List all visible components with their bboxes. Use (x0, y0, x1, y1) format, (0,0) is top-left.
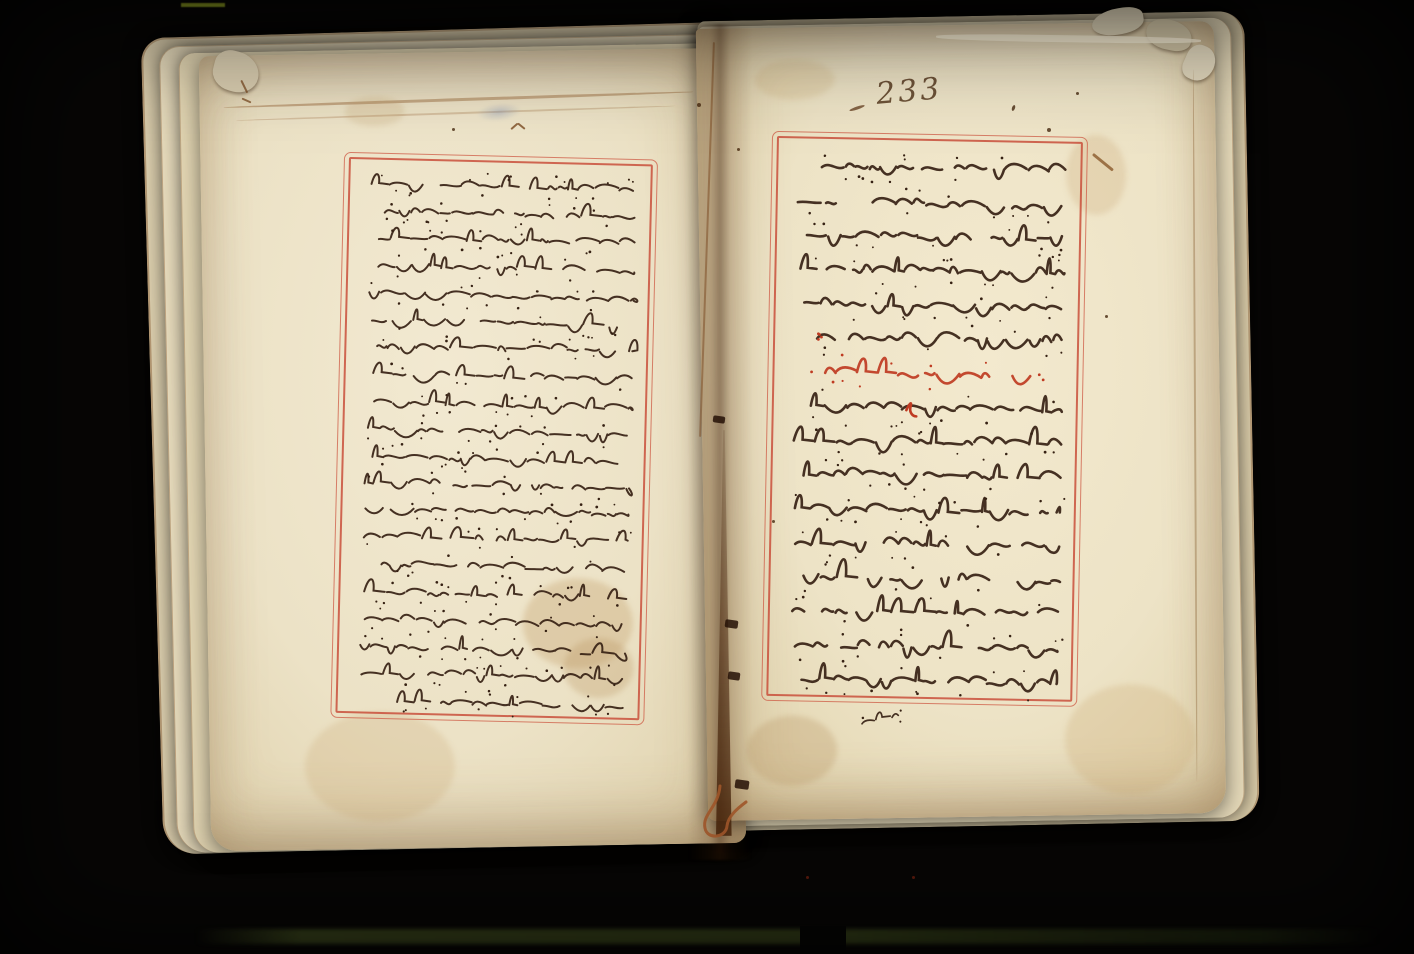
dust-speck (806, 876, 809, 879)
pen-flourish (849, 104, 865, 112)
stain (304, 710, 456, 822)
ink-speck (1076, 92, 1079, 95)
left-text-frame (335, 157, 652, 720)
stain (754, 59, 835, 100)
ink-speck (1047, 128, 1051, 132)
ink-speck (452, 128, 455, 131)
stain (747, 715, 838, 786)
left-page-text-block (346, 167, 643, 710)
stain (344, 96, 404, 127)
binding-stitch (728, 671, 741, 681)
pen-trial-mark (242, 98, 252, 104)
manuscript-photo-stage: 233 (0, 0, 1414, 954)
torn-paper-flake (1144, 16, 1195, 54)
right-page-text-block (776, 146, 1072, 691)
dust-speck (912, 876, 915, 879)
table-edge-highlight (195, 929, 1380, 944)
stain (1064, 683, 1196, 795)
caret-mark (517, 123, 525, 130)
table-edge-gap (800, 926, 846, 950)
torn-paper-flake (1090, 5, 1145, 39)
fore-edge-crease (1192, 69, 1198, 781)
folio-number: 233 (875, 71, 944, 112)
binding-thread (694, 786, 764, 852)
ink-speck (1105, 315, 1108, 318)
binding-stitch (713, 415, 726, 424)
film-edge-mark (181, 3, 225, 7)
underpage-edge-line (236, 105, 676, 122)
binding-stitch (725, 619, 739, 629)
right-text-frame (766, 136, 1083, 702)
